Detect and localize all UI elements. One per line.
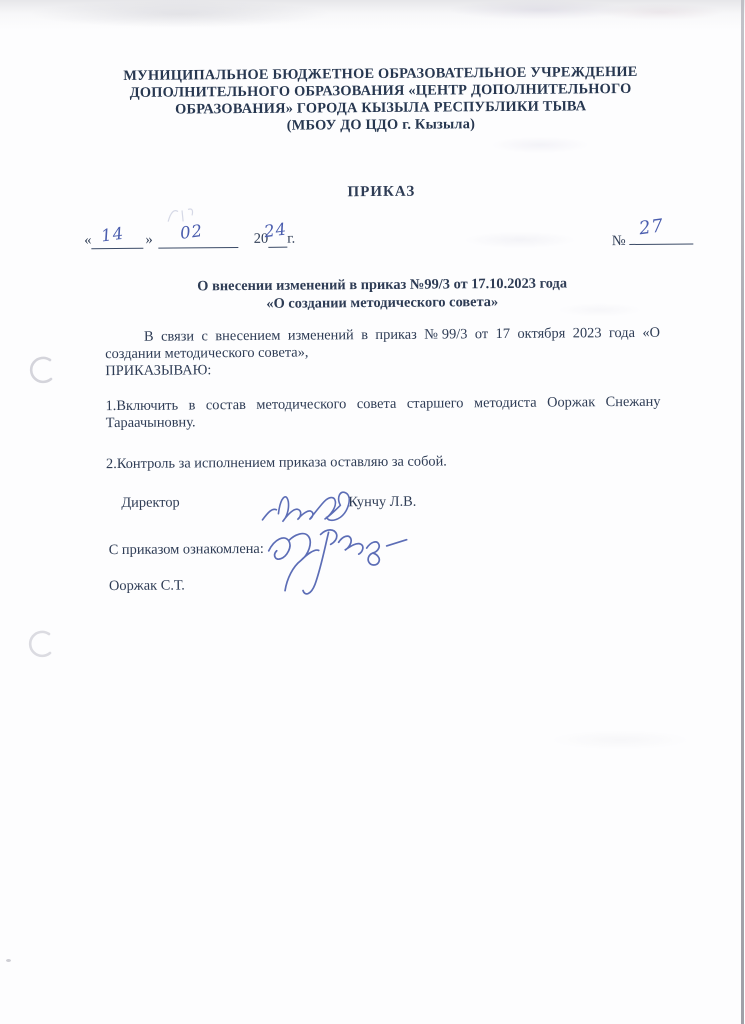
director-signature-row: Директор Кунчу Л.В.: [106, 491, 661, 515]
intro-paragraph: В связи с внесением изменений в приказ №…: [105, 325, 660, 364]
day-blank: 14: [91, 230, 143, 249]
quote-open: «: [84, 232, 91, 249]
document-content: МУНИЦИПАЛЬНОЕ БЮДЖЕТНОЕ ОБРАЗОВАТЕЛЬНОЕ …: [0, 0, 745, 1024]
year-blank: 24: [268, 229, 287, 248]
director-name: Кунчу Л.В.: [348, 494, 416, 512]
date-field: « 14 » 02 20 24 г.: [84, 229, 295, 250]
director-role-label: Директор: [121, 495, 180, 511]
acknowledgement-row: С приказом ознакомлена:: [107, 538, 662, 560]
handwritten-number: 27: [638, 215, 665, 239]
order-subject: О внесении изменений в приказ №99/3 от 1…: [105, 275, 660, 314]
handwritten-month: 02: [178, 221, 203, 243]
decree-word: ПРИКАЗЫВАЮ:: [105, 359, 660, 381]
number-label: №: [612, 233, 626, 249]
year-suffix: г.: [287, 231, 295, 248]
order-item-2: 2.Контроль за исполнением приказа оставл…: [106, 452, 661, 474]
document-type-heading: ПРИКАЗ: [104, 182, 659, 203]
handwritten-day: 14: [100, 224, 125, 246]
institution-header: МУНИЦИПАЛЬНОЕ БЮДЖЕТНОЕ ОБРАЗОВАТЕЛЬНОЕ …: [103, 64, 659, 136]
month-blank: 02: [158, 229, 238, 249]
number-blank: 27: [629, 225, 693, 245]
subject-line: «О создании методического совета»: [105, 292, 660, 314]
order-item-1: 1.Включить в состав методического совета…: [106, 393, 661, 432]
quote-close: »: [145, 232, 152, 249]
acknowledgement-label: С приказом ознакомлена:: [109, 541, 264, 558]
date-number-row: « 14 » 02 20 24 г. № 27: [84, 226, 659, 255]
acknowledgement-signature: [264, 520, 415, 601]
handwritten-year: 24: [263, 219, 288, 241]
scanned-order-page: МУНИЦИПАЛЬНОЕ БЮДЖЕТНОЕ ОБРАЗОВАТЕЛЬНОЕ …: [0, 0, 745, 1024]
order-number-field: № 27: [612, 225, 694, 250]
intro-block: В связи с внесением изменений в приказ №…: [105, 325, 660, 381]
